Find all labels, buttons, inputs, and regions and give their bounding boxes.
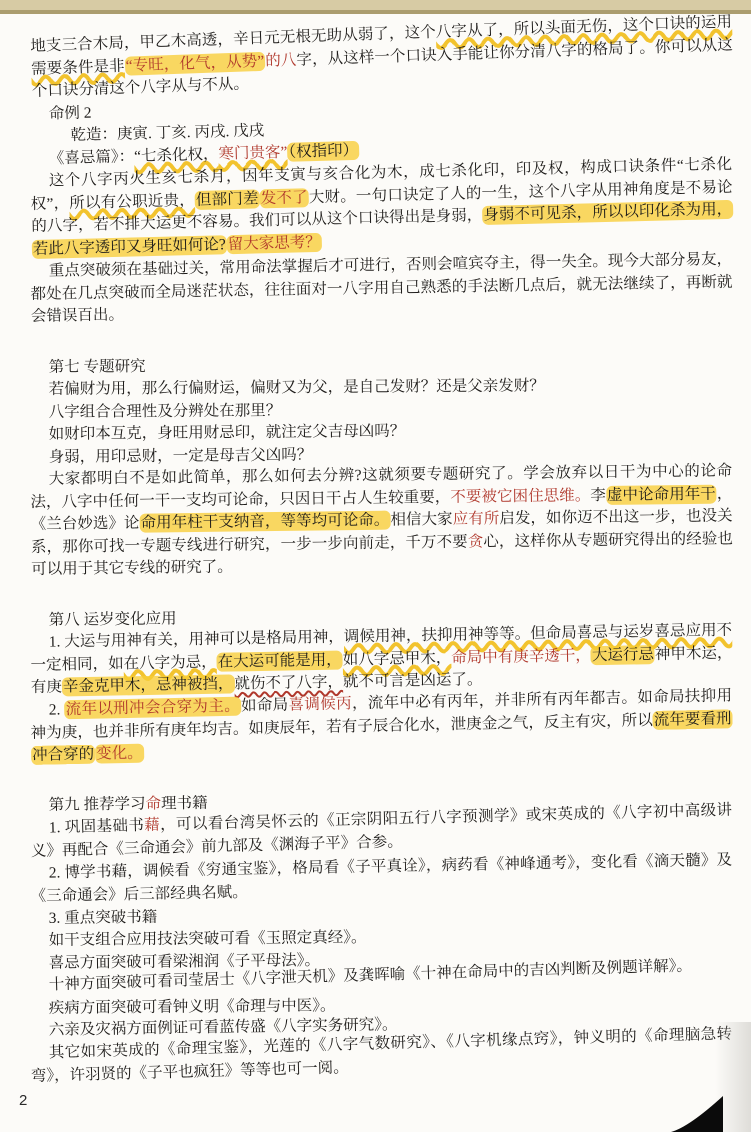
text-segment: 《喜忌篇》： xyxy=(49,148,135,167)
annotated-text-segment: 调候用神，扶抑用神等等。但命局喜忌与运岁喜忌应用不 xyxy=(344,622,733,646)
text-segment: 八字组合合理性及分辨处在那里？ xyxy=(49,402,282,421)
text-segment: 如命局 xyxy=(241,696,289,714)
annotated-text-segment: 大运行忌 xyxy=(591,645,655,665)
text-segment: 一定相同，如 xyxy=(30,655,123,674)
annotated-text-segment: 在八字为忌， xyxy=(123,653,216,672)
text-segment: 3. 重点突破书籍 xyxy=(49,908,158,926)
text-segment: 疾病方面突破可看钟义明《命理与中医》。 xyxy=(49,997,336,1017)
page-number: 2 xyxy=(19,1092,27,1109)
annotated-text-segment: 留大家思考？ xyxy=(227,232,322,253)
paragraph: 大家都明白不是如此简单，那么如何去分辨?这就须要专题研究了。学会放弃以日干为中心… xyxy=(30,460,733,581)
text-segment: 李 xyxy=(590,486,606,503)
text-segment: 理书籍 xyxy=(161,795,208,813)
text-segment: 如财印本互克，身旺用财忌印，就注定父吉母凶吗？ xyxy=(49,423,406,443)
text-segment: 2. xyxy=(49,701,65,718)
annotated-text-segment: 就伤不了八字， xyxy=(234,674,343,693)
annotated-text-segment: 需要条件是非 xyxy=(31,57,125,77)
paragraph: 2. 流年以刑冲会合穿为主。如命局喜调候丙，流年中必有丙年，并非所有丙年都吉。如… xyxy=(30,685,733,767)
annotated-text-segment: 如八字忌甲木， xyxy=(343,649,452,668)
text-segment: 重点突破须在基础过关，常用命法掌握后才可进行，否则会喧宾夺主，得一失全。现今大部… xyxy=(30,251,732,325)
annotated-text-segment: 身弱不可见杀，所以以印化杀为用， xyxy=(482,200,733,225)
annotated-text-segment: 所以有公职近贵， xyxy=(69,191,195,211)
paragraph: 这个八字丙火生亥七杀月，因年支寅与亥合化为木，成七杀化印，印及权，构成口诀条件“… xyxy=(30,154,734,261)
annotated-text-segment: 的八 xyxy=(265,51,297,69)
annotated-text-segment: （权指印） xyxy=(287,140,359,161)
annotated-text-segment: “专旺，化气，从势” xyxy=(124,51,265,75)
text-segment: 命例 2 xyxy=(49,104,92,122)
annotated-text-segment: “七杀化权， xyxy=(134,145,219,164)
annotated-text-segment: 不要被它困住思维。 xyxy=(450,487,590,506)
text-segment: 1. 巩固基础书 xyxy=(49,817,145,836)
page-text: 地支三合木局，甲乙木高透，辛日元无根无助从弱了，这个八字从了，所以头面无伤，这个… xyxy=(30,36,732,1088)
text-segment: 乾造：庚寅. 丁亥. 丙戌. 戊戌 xyxy=(70,122,264,144)
text-segment: 就不可言是凶运了。 xyxy=(343,671,483,690)
page-curl-corner-icon xyxy=(671,1096,723,1132)
annotated-text-segment: 命 xyxy=(146,795,162,812)
text-segment: 第九 推荐学习 xyxy=(49,796,146,814)
annotated-text-segment: 命用年柱干支纳音，等等均可论命。 xyxy=(139,511,390,533)
annotated-text-segment: 虚中论命用年干 xyxy=(606,484,717,504)
scan-page: 地支三合木局，甲乙木高透，辛日元无根无助从弱了，这个八字从了，所以头面无伤，这个… xyxy=(0,0,751,1132)
top-band xyxy=(0,0,751,14)
text-segment: 身弱，用印忌财，一定是母吉父凶吗？ xyxy=(49,446,313,465)
text-segment: 如干支组合应用技法突破可看《玉照定真经》。 xyxy=(49,929,367,949)
paragraph: 重点突破须在基础过关，常用命法掌握后才可进行，否则会喧宾夺主，得一失全。现今大部… xyxy=(30,249,733,329)
annotated-text-segment: 喜调候丙 xyxy=(288,695,352,713)
text-segment: 第八 运岁变化应用 xyxy=(49,610,177,628)
text-segment: 第七 专题研究 xyxy=(49,358,146,376)
annotated-text-segment: 流年以刑冲会合穿为主。 xyxy=(64,696,241,719)
annotated-text-segment: 藉 xyxy=(144,816,160,833)
annotated-text-segment: 辛金克甲木，忌神被挡， xyxy=(62,674,235,696)
annotated-text-segment: 寒门贵客” xyxy=(218,143,287,162)
annotated-text-segment: 命局中有庚辛透干， xyxy=(451,647,591,666)
annotated-text-segment: 但部门差 xyxy=(195,189,260,210)
text-segment: 相信大家 xyxy=(390,511,452,529)
annotated-text-segment: 发不了 xyxy=(259,188,309,208)
annotated-text-segment: 若此八字透印又身旺如何论? xyxy=(32,235,227,259)
annotated-text-segment: 在大运可能是用， xyxy=(217,650,343,671)
annotated-text-segment: 变化。 xyxy=(95,743,144,763)
annotated-text-segment: 贪 xyxy=(468,533,484,550)
text-segment: 1. 大运与用神有关，用神可以是格局用神， xyxy=(49,629,344,651)
text-segment: 若偏财为用，那么行偏财运，偏财又为父，是自己发财？还是父亲发财？ xyxy=(49,377,545,397)
annotated-text-segment: 应有所 xyxy=(453,510,500,528)
